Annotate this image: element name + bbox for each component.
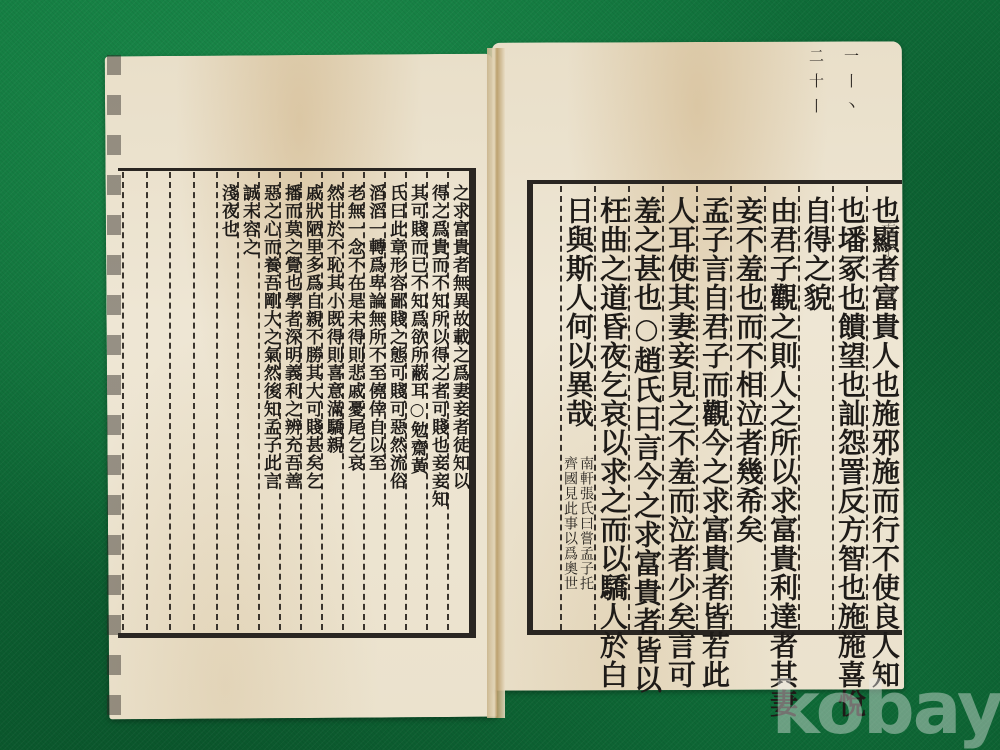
text-column: 誠未容之: [237, 172, 258, 630]
marginal-note-line-2: 二十丨: [806, 48, 827, 123]
text-column: 其可賤而已不知爲欲所蔽耳○勉齋黃: [405, 172, 426, 630]
column-text: 戚狀陋里多爲自親不勝其大可賤甚矣乞: [302, 172, 321, 490]
text-column: 淺夜也: [216, 172, 237, 630]
title-edge-text: 孟子大全: [877, 220, 899, 540]
empty-column: [169, 172, 193, 630]
column-text: 由君子觀之則人之所以求富貴利達者其妻: [766, 186, 798, 718]
text-column: 滔滔一轉爲卑論無所不至僥倖自以至: [363, 172, 384, 630]
column-text: 淺夜也: [218, 172, 237, 238]
column-text: 孟子言自君子而觀今之求富貴者皆若此: [698, 186, 730, 689]
column-text: 也墦冢也饋望也訕怨詈反方智也施施喜悅: [834, 186, 866, 718]
empty-column: [146, 172, 170, 630]
column-text: 老無一念不在是未得則悲戚憂尾乞哀: [344, 172, 363, 472]
column-text: 播而莫之覺也學者深明義利之辨充吾善: [281, 172, 300, 490]
column-text: 人耳使其妻妾見之不羞而泣者少矣言可: [664, 186, 696, 689]
left-page-text-columns: 之求富貴者無異故載之爲妻妾者徒知以 得之爲貴而不知所以得之者可賤也妾妾知 其可賤…: [122, 172, 468, 630]
column-text: 之求富貴者無異故載之爲妻妾者徒知以: [449, 172, 468, 490]
column-text: 羞之甚也○趙氏曰言今之求富貴者皆以: [630, 186, 662, 694]
text-column: 戚狀陋里多爲自親不勝其大可賤甚矣乞: [300, 172, 321, 630]
column-text: 得之爲貴而不知所以得之者可賤也妾妾知: [428, 172, 447, 508]
book-gutter: [487, 48, 505, 718]
column-text: 滔滔一轉爲卑論無所不至僥倖自以至: [365, 172, 384, 472]
text-column: 然甘於不恥其小既得則喜意滿驕親: [321, 172, 342, 630]
text-column: 日與斯人何以異哉 南軒張氏曰嘗孟子托 齊國見此事以爲奧世: [560, 186, 594, 630]
column-text: 妾不羞也而不相泣者幾希矣: [732, 186, 764, 544]
empty-column: [193, 172, 217, 630]
text-column: 播而莫之覺也學者深明義利之辨充吾善: [279, 172, 300, 630]
text-column: 枉曲之道昏夜乞哀以求之而以驕人於白: [594, 186, 628, 630]
text-column: 得之爲貴而不知所以得之者可賤也妾妾知: [426, 172, 447, 630]
text-column: 氏曰此章形容鄙賤之態可賤可惡然流俗: [384, 172, 405, 630]
empty-column: [122, 172, 146, 630]
text-column: 自得之貌: [798, 186, 832, 630]
text-column: 人耳使其妻妾見之不羞而泣者少矣言可: [662, 186, 696, 630]
column-text: 日與斯人何以異哉: [562, 186, 594, 446]
annotation-text: 南軒張氏曰嘗孟子托: [578, 446, 594, 591]
kobay-watermark: kobay: [772, 672, 1000, 744]
column-text: 氏曰此章形容鄙賤之態可賤可惡然流俗: [386, 172, 405, 490]
text-column: 羞之甚也○趙氏曰言今之求富貴者皆以: [628, 186, 662, 630]
handwritten-marginal-note: 一丨丶 二十丨: [722, 48, 862, 123]
text-column: 孟子言自君子而觀今之求富貴者皆若此: [696, 186, 730, 630]
text-column: 由君子觀之則人之所以求富貴利達者其妻: [764, 186, 798, 630]
column-text: 誠未容之: [239, 172, 258, 256]
column-text: 自得之貌: [800, 186, 832, 312]
column-text: 然甘於不恥其小既得則喜意滿驕親: [323, 172, 342, 454]
annotation-split: 南軒張氏曰嘗孟子托 齊國見此事以爲奧世: [562, 446, 594, 591]
marginal-note-line-1: 一丨丶: [841, 48, 862, 123]
text-column: 之求富貴者無異故載之爲妻妾者徒知以: [447, 172, 468, 630]
text-column: 老無一念不在是未得則悲戚憂尾乞哀: [342, 172, 363, 630]
text-column: 妾不羞也而不相泣者幾希矣: [730, 186, 764, 630]
annotation-text: 齊國見此事以爲奧世: [562, 446, 578, 591]
column-text: 惡之心而養吾剛大之氣然後知孟子此言: [260, 172, 279, 490]
text-column: 也墦冢也饋望也訕怨詈反方智也施施喜悅: [832, 186, 866, 630]
column-text: 其可賤而已不知爲欲所蔽耳○勉齋黃: [407, 172, 426, 475]
right-page-text-columns: 也顯者富貴人也施邪施而行不使良人知 也墦冢也饋望也訕怨詈反方智也施施喜悅 自得之…: [535, 186, 900, 630]
column-text: 枉曲之道昏夜乞哀以求之而以驕人於白: [596, 186, 628, 689]
text-column: 惡之心而養吾剛大之氣然後知孟子此言: [258, 172, 279, 630]
